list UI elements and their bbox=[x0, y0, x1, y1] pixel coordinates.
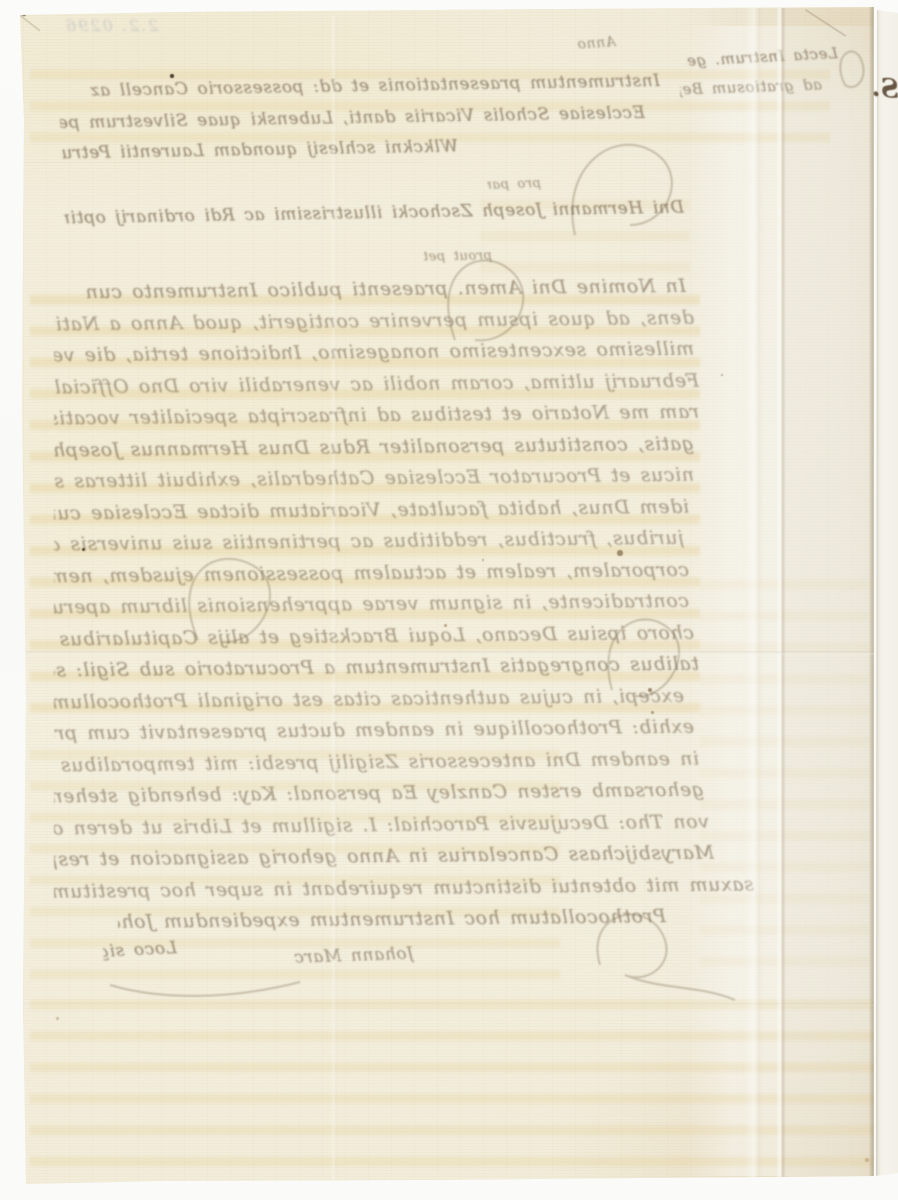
edge-ink-mark: S. bbox=[875, 73, 898, 105]
manuscript-page: AnnoLecta Instrum. gehorigad gratiosum B… bbox=[0, 0, 898, 1200]
paper-grain-noise bbox=[0, 0, 898, 1200]
scanner-background: AnnoLecta Instrum. gehorigad gratiosum B… bbox=[0, 0, 898, 1200]
folded-edge-strip bbox=[875, 0, 898, 1200]
